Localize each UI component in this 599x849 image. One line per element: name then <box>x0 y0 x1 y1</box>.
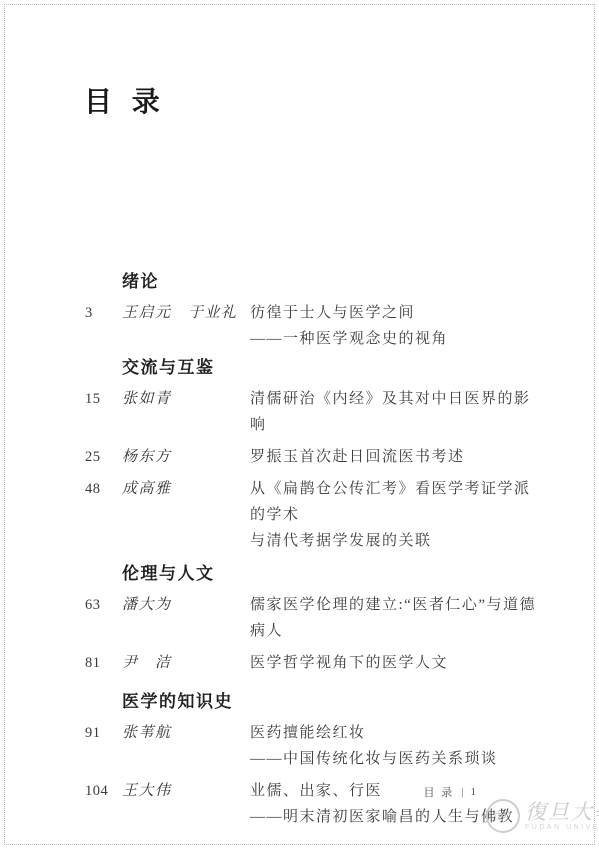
entry-authors: 王大伟 <box>122 778 250 830</box>
entry-title-line: 彷徨于士人与医学之间 <box>250 300 543 326</box>
entry-page-number: 63 <box>85 592 122 644</box>
entry-title: 儒家医学伦理的建立:“医者仁心”与道德病人 <box>250 592 543 644</box>
toc-entry: 81尹 洁医学哲学视角下的医学人文 <box>85 650 543 676</box>
entry-title-line: 儒家医学伦理的建立:“医者仁心”与道德病人 <box>250 592 543 644</box>
section-heading: 交流与互鉴 <box>122 358 543 378</box>
footer-page-number: 1 <box>471 786 479 798</box>
toc-entry: 48成高雅从《扁鹊仓公传汇考》看医学考证学派的学术与清代考据学发展的关联 <box>85 476 543 554</box>
toc-entry: 3王启元 于业礼彷徨于士人与医学之间——一种医学观念史的视角 <box>85 300 543 352</box>
entry-authors: 潘大为 <box>122 592 250 644</box>
entry-authors: 成高雅 <box>122 476 250 554</box>
section-heading: 绪论 <box>122 272 543 292</box>
toc-section: 绪论3王启元 于业礼彷徨于士人与医学之间——一种医学观念史的视角 <box>85 272 543 352</box>
entry-page-number: 81 <box>85 650 122 676</box>
page-title: 目 录 <box>84 80 166 120</box>
toc-page: { "page": { "title": "目 录", "footer": { … <box>0 0 599 849</box>
toc-entry: 15张如青清儒研治《内经》及其对中日医界的影响 <box>85 386 543 438</box>
footer-divider: | <box>461 786 463 798</box>
entry-authors: 张如青 <box>122 386 250 438</box>
toc-entry: 63潘大为儒家医学伦理的建立:“医者仁心”与道德病人 <box>85 592 543 644</box>
entry-title: 医学哲学视角下的医学人文 <box>250 650 543 676</box>
entry-page-number: 48 <box>85 476 122 554</box>
toc-section: 伦理与人文63潘大为儒家医学伦理的建立:“医者仁心”与道德病人81尹 洁医学哲学… <box>85 564 543 676</box>
watermark-subtext: FUDAN UNIVERSITY <box>525 824 599 831</box>
publisher-watermark: 復旦 復旦大學 FUDAN UNIVERSITY <box>486 799 599 833</box>
entry-authors: 张苇航 <box>122 720 250 772</box>
entry-title-line: 从《扁鹊仓公传汇考》看医学考证学派的学术 <box>250 476 543 528</box>
entry-title: 医药擅能绘红妆——中国传统化妆与医药关系琐谈 <box>250 720 543 772</box>
footer-label: 目 录 <box>424 784 455 800</box>
toc-entry: 25杨东方罗振玉首次赴日回流医书考述 <box>85 444 543 470</box>
entry-authors: 尹 洁 <box>122 650 250 676</box>
watermark-text: 復旦大學 FUDAN UNIVERSITY <box>525 801 599 831</box>
toc-section: 医学的知识史91张苇航医药擅能绘红妆——中国传统化妆与医药关系琐谈104王大伟业… <box>85 692 543 830</box>
entry-subtitle-line: 与清代考据学发展的关联 <box>250 528 543 554</box>
entry-title: 从《扁鹊仓公传汇考》看医学考证学派的学术与清代考据学发展的关联 <box>250 476 543 554</box>
fudan-seal-icon: 復旦 <box>486 799 520 833</box>
toc-entry: 91张苇航医药擅能绘红妆——中国传统化妆与医药关系琐谈 <box>85 720 543 772</box>
entry-title-line: 医学哲学视角下的医学人文 <box>250 650 543 676</box>
entry-title: 彷徨于士人与医学之间——一种医学观念史的视角 <box>250 300 543 352</box>
entry-authors: 杨东方 <box>122 444 250 470</box>
entry-page-number: 91 <box>85 720 122 772</box>
section-heading: 医学的知识史 <box>122 692 543 712</box>
entry-title: 罗振玉首次赴日回流医书考述 <box>250 444 543 470</box>
entry-title-line: 罗振玉首次赴日回流医书考述 <box>250 444 543 470</box>
entry-page-number: 3 <box>85 300 122 352</box>
entry-title: 清儒研治《内经》及其对中日医界的影响 <box>250 386 543 438</box>
section-heading: 伦理与人文 <box>122 564 543 584</box>
entry-page-number: 15 <box>85 386 122 438</box>
watermark-name: 復旦大學 <box>525 801 599 824</box>
entry-authors: 王启元 于业礼 <box>122 300 250 352</box>
entry-title-line: 医药擅能绘红妆 <box>250 720 543 746</box>
entry-subtitle-line: ——一种医学观念史的视角 <box>250 326 543 352</box>
toc-section: 交流与互鉴15张如青清儒研治《内经》及其对中日医界的影响25杨东方罗振玉首次赴日… <box>85 358 543 554</box>
page-footer: 目 录 | 1 <box>424 784 478 800</box>
toc: 绪论3王启元 于业礼彷徨于士人与医学之间——一种医学观念史的视角交流与互鉴15张… <box>85 272 543 836</box>
entry-subtitle-line: ——中国传统化妆与医药关系琐谈 <box>250 746 543 772</box>
entry-page-number: 104 <box>85 778 122 830</box>
entry-title-line: 清儒研治《内经》及其对中日医界的影响 <box>250 386 543 438</box>
entry-page-number: 25 <box>85 444 122 470</box>
